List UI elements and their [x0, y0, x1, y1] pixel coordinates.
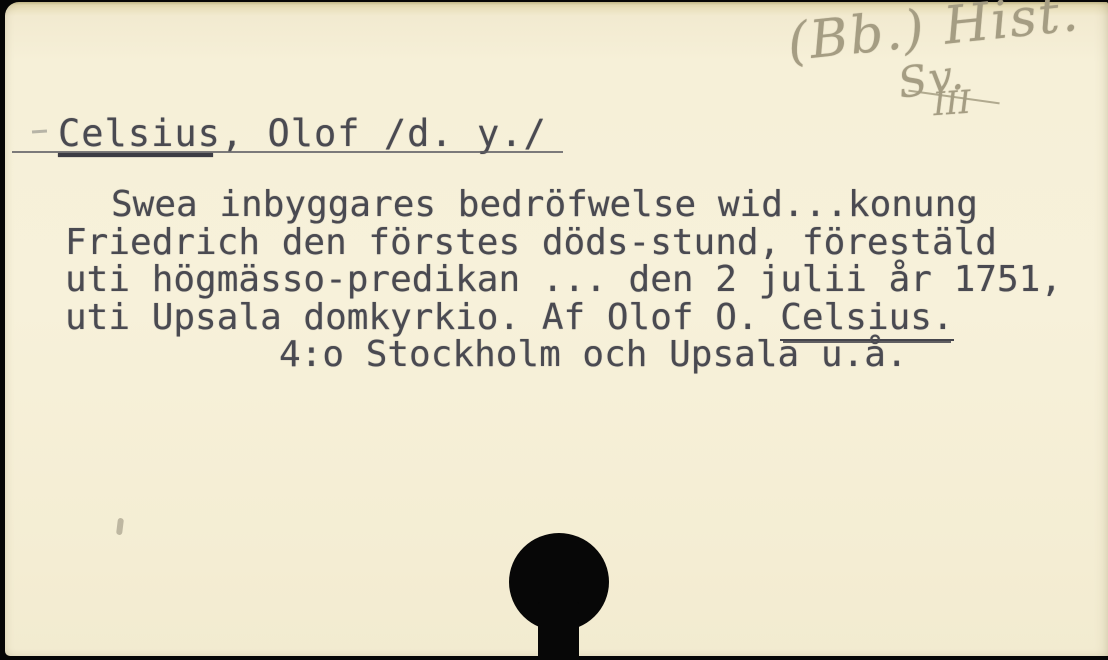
heading-underline-name	[58, 153, 213, 157]
body-line: Friedrich den förstes döds-stund, förest…	[65, 224, 1062, 262]
body-line: Swea inbyggares bedröfwelse wid...konung	[65, 186, 1062, 224]
body-line4-text: uti Upsala domkyrkio. Af Olof O.	[65, 297, 780, 338]
pencil-smudge-mark	[116, 518, 124, 536]
body-line: 4:o Stockholm och Upsala u.å.	[65, 336, 1062, 374]
photograph-background: (Bb.) Hist. Sv. III Celsius, Olof /d. y.…	[0, 0, 1108, 660]
heading-author-title: Celsius, Olof /d. y./	[58, 112, 547, 155]
catalog-card: (Bb.) Hist. Sv. III Celsius, Olof /d. y.…	[5, 2, 1108, 656]
handwritten-volume-numeral: III	[932, 83, 972, 124]
body-line: uti Upsala domkyrkio. Af Olof O. Celsius…	[65, 299, 1062, 337]
card-body: Swea inbyggares bedröfwelse wid...konung…	[65, 186, 1062, 374]
pencil-dash-mark	[32, 129, 47, 133]
body-line: uti högmässo-predikan ... den 2 julii år…	[65, 261, 1062, 299]
punch-hole-slot	[538, 602, 579, 660]
